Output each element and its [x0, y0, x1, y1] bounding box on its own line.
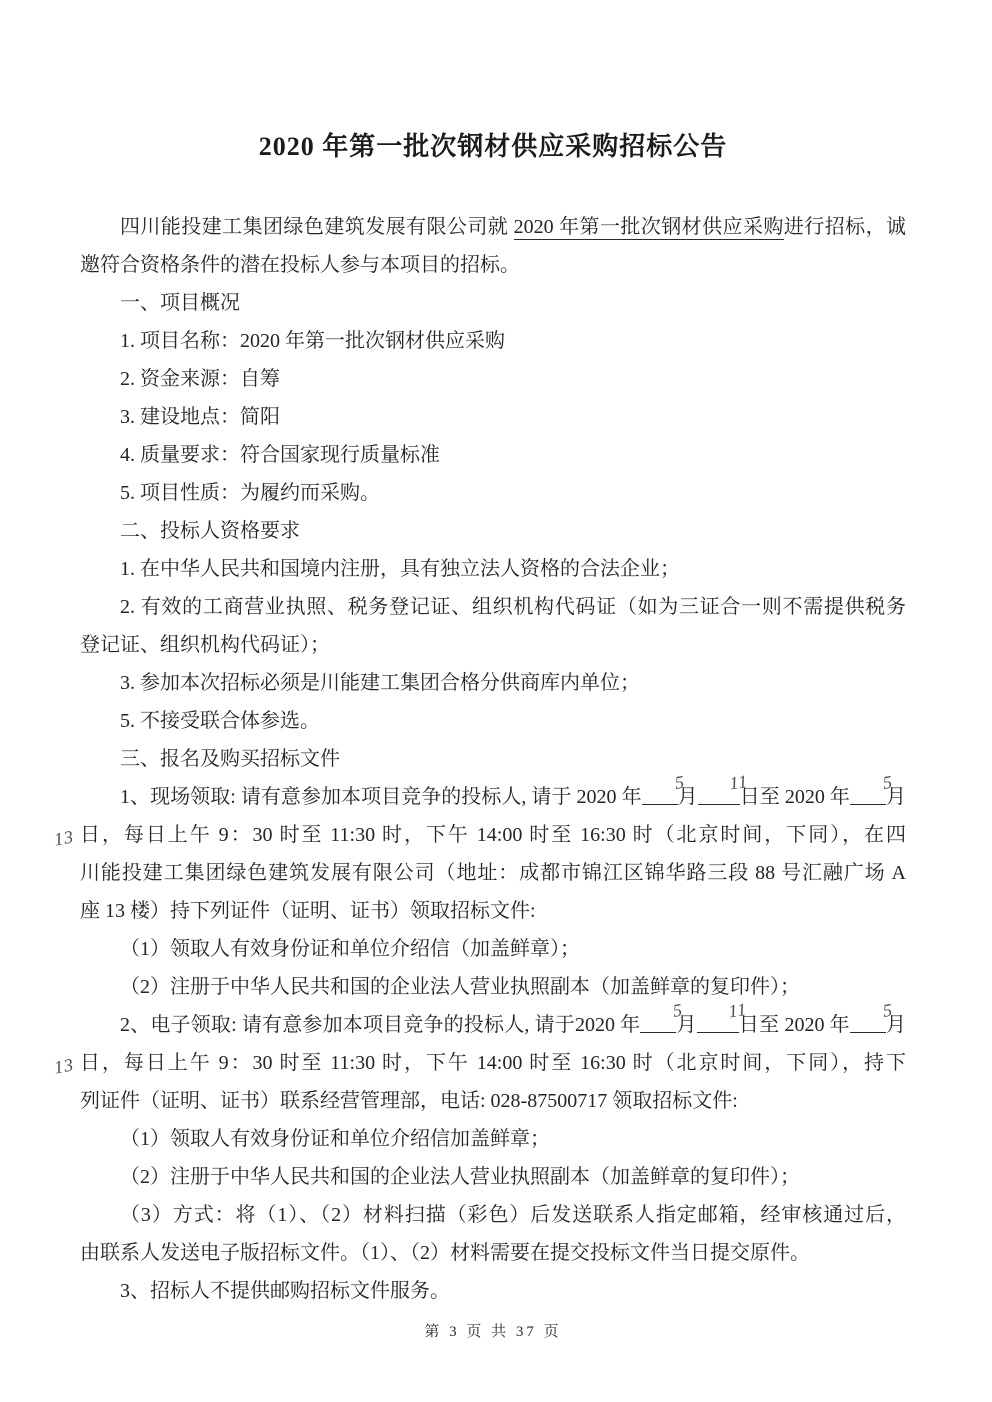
- handwritten-month-3: 5: [631, 991, 686, 1036]
- onsite-pickup-line-3: 川能投建工集团绿色建筑发展有限公司（地址：成都市锦江区锦华路三段 88 号汇融广…: [80, 854, 906, 892]
- electronic-pickup-line-1: 2、电子领取: 请有意参加本项目竞争的投标人, 请于2020 年5月11日至 2…: [80, 1006, 906, 1044]
- quality-requirement-item: 4. 质量要求：符合国家现行质量标准: [80, 436, 906, 474]
- electronic-pickup-line-2: 13日，每日上午 9：30 时至 11:30 时，下午 14:00 时至 16:…: [80, 1044, 906, 1082]
- handwritten-margin-day-onsite: 13: [51, 818, 77, 859]
- section2-heading: 二、投标人资格要求: [80, 512, 906, 550]
- section1-heading: 一、项目概况: [80, 284, 906, 322]
- month-blank-3: 5: [640, 1012, 676, 1033]
- qualification-item-2-line-2: 登记证、组织机构代码证）；: [80, 626, 906, 664]
- page-number-footer: 第 3 页 共 37 页: [80, 1320, 906, 1341]
- document-title: 2020 年第一批次钢材供应采购招标公告: [80, 128, 906, 166]
- electronic-text-pre: 2、电子领取: 请有意参加本项目竞争的投标人, 请于2020 年: [120, 1014, 640, 1036]
- no-mail-order-notice: 3、招标人不提供邮购招标文件服务。: [80, 1272, 906, 1310]
- section3-heading: 三、报名及购买招标文件: [80, 740, 906, 778]
- electronic-certificate-3-line-2: 由联系人发送电子版招标文件。（1）、（2）材料需要在提交投标文件当日提交原件。: [80, 1234, 906, 1272]
- day-blank-2: 11: [697, 1012, 739, 1033]
- electronic-pickup-line-3: 列证件（证明、证书）联系经营管理部，电话: 028-87500717 领取招标文…: [80, 1082, 906, 1120]
- day-blank-1: 11: [698, 784, 740, 805]
- qualification-item-2-line-1: 2. 有效的工商营业执照、税务登记证、组织机构代码证（如为三证合一则不需提供税务: [80, 588, 906, 626]
- document-body: 四川能投建工集团绿色建筑发展有限公司就 2020 年第一批次钢材供应采购进行招标…: [80, 208, 906, 1310]
- qualification-item-3: 3. 参加本次招标必须是川能建工集团合格分供商库内单位；: [80, 664, 906, 702]
- scanned-document-page: 2020 年第一批次钢材供应采购招标公告 四川能投建工集团绿色建筑发展有限公司就…: [0, 0, 992, 1402]
- electronic-certificate-1: （1）领取人有效身份证和单位介绍信加盖鲜章；: [80, 1120, 906, 1158]
- intro-line-2: 邀符合资格条件的潜在投标人参与本项目的招标。: [80, 246, 906, 284]
- handwritten-day-1: 11: [687, 762, 750, 808]
- onsite-pickup-line-1: 1、现场领取: 请有意参加本项目竞争的投标人, 请于 2020 年5月11日至 …: [80, 778, 906, 816]
- underlined-project-name: 2020 年第一批次钢材供应采购: [514, 216, 784, 240]
- construction-site-item: 3. 建设地点：简阳: [80, 398, 906, 436]
- onsite-pickup-line-2: 13日，每日上午 9：30 时至 11:30 时，下午 14:00 时至 16:…: [80, 816, 906, 854]
- electronic-certificate-3-line-1: （3）方式：将（1）、（2）材料扫描（彩色）后发送联系人指定邮箱，经审核通过后，: [80, 1196, 906, 1234]
- handwritten-margin-day-electronic: 13: [51, 1046, 77, 1087]
- month-blank-2: 5: [850, 784, 886, 805]
- onsite-text-mid-2: 日至 2020 年: [740, 786, 850, 808]
- month-blank-1: 5: [642, 784, 678, 805]
- qualification-item-5: 5. 不接受联合体参选。: [80, 702, 906, 740]
- handwritten-day-3: 11: [686, 990, 749, 1036]
- electronic-certificate-2: （2）注册于中华人民共和国的企业法人营业执照副本（加盖鲜章的复印件）；: [80, 1158, 906, 1196]
- handwritten-month-4: 5: [840, 991, 895, 1036]
- intro-text-post: 进行招标，诚: [784, 216, 906, 238]
- onsite-pickup-line-4: 座 13 楼）持下列证件（证明、证书）领取招标文件:: [80, 892, 906, 930]
- intro-text-pre: 四川能投建工集团绿色建筑发展有限公司就: [120, 216, 514, 238]
- qualification-item-1: 1. 在中华人民共和国境内注册，具有独立法人资格的合法企业；: [80, 550, 906, 588]
- project-nature-item: 5. 项目性质：为履约而采购。: [80, 474, 906, 512]
- month-blank-4: 5: [850, 1012, 886, 1033]
- electronic-times-text: 日，每日上午 9：30 时至 11:30 时，下午 14:00 时至 16:30…: [80, 1052, 906, 1074]
- onsite-text-pre: 1、现场领取: 请有意参加本项目竞争的投标人, 请于 2020 年: [120, 786, 642, 808]
- intro-line-1: 四川能投建工集团绿色建筑发展有限公司就 2020 年第一批次钢材供应采购进行招标…: [80, 208, 906, 246]
- handwritten-month-1: 5: [632, 763, 687, 808]
- funding-source-item: 2. 资金来源：自筹: [80, 360, 906, 398]
- onsite-times-text: 日，每日上午 9：30 时至 11:30 时，下午 14:00 时至 16:30…: [80, 824, 906, 846]
- onsite-certificate-1: （1）领取人有效身份证和单位介绍信（加盖鲜章）；: [80, 930, 906, 968]
- electronic-text-mid-2: 日至 2020 年: [739, 1014, 850, 1036]
- onsite-certificate-2: （2）注册于中华人民共和国的企业法人营业执照副本（加盖鲜章的复印件）；: [80, 968, 906, 1006]
- handwritten-month-2: 5: [841, 763, 896, 808]
- project-name-item: 1. 项目名称：2020 年第一批次钢材供应采购: [80, 322, 906, 360]
